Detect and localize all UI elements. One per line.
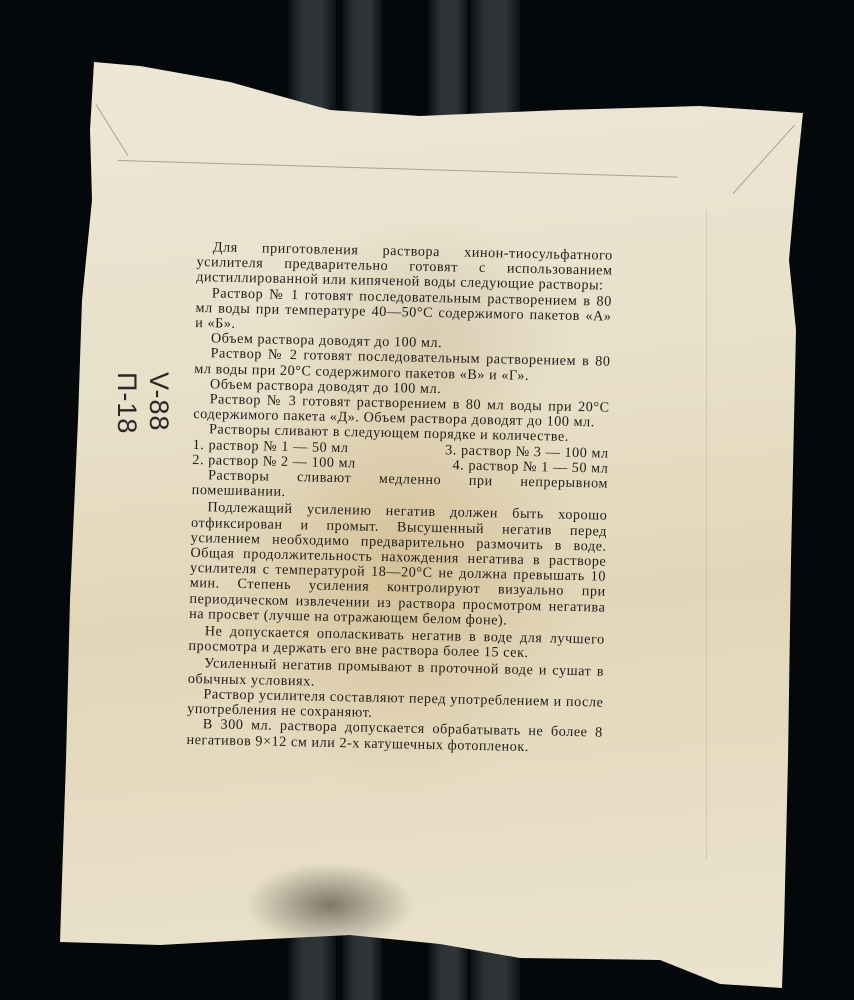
paragraph-negative-prep: Подлежащий усилению негатив должен быть … xyxy=(189,500,607,630)
batch-stamp: V-88 П-18 xyxy=(95,372,175,452)
paper-packet: V-88 П-18 Для приготовления раствора хин… xyxy=(0,0,854,1000)
flap-fold-line-right xyxy=(733,125,795,194)
paragraph-capacity: В 300 мл. раствора допускается обрабатыв… xyxy=(186,717,603,756)
flap-fold-line-left xyxy=(96,104,129,155)
stamp-line-1: V-88 xyxy=(143,372,175,452)
side-fold-line xyxy=(706,210,707,860)
instructions-text: Для приготовления раствора хинон-тиосуль… xyxy=(186,240,613,756)
stamp-line-2: П-18 xyxy=(111,372,143,452)
flap-fold-line xyxy=(118,160,678,178)
